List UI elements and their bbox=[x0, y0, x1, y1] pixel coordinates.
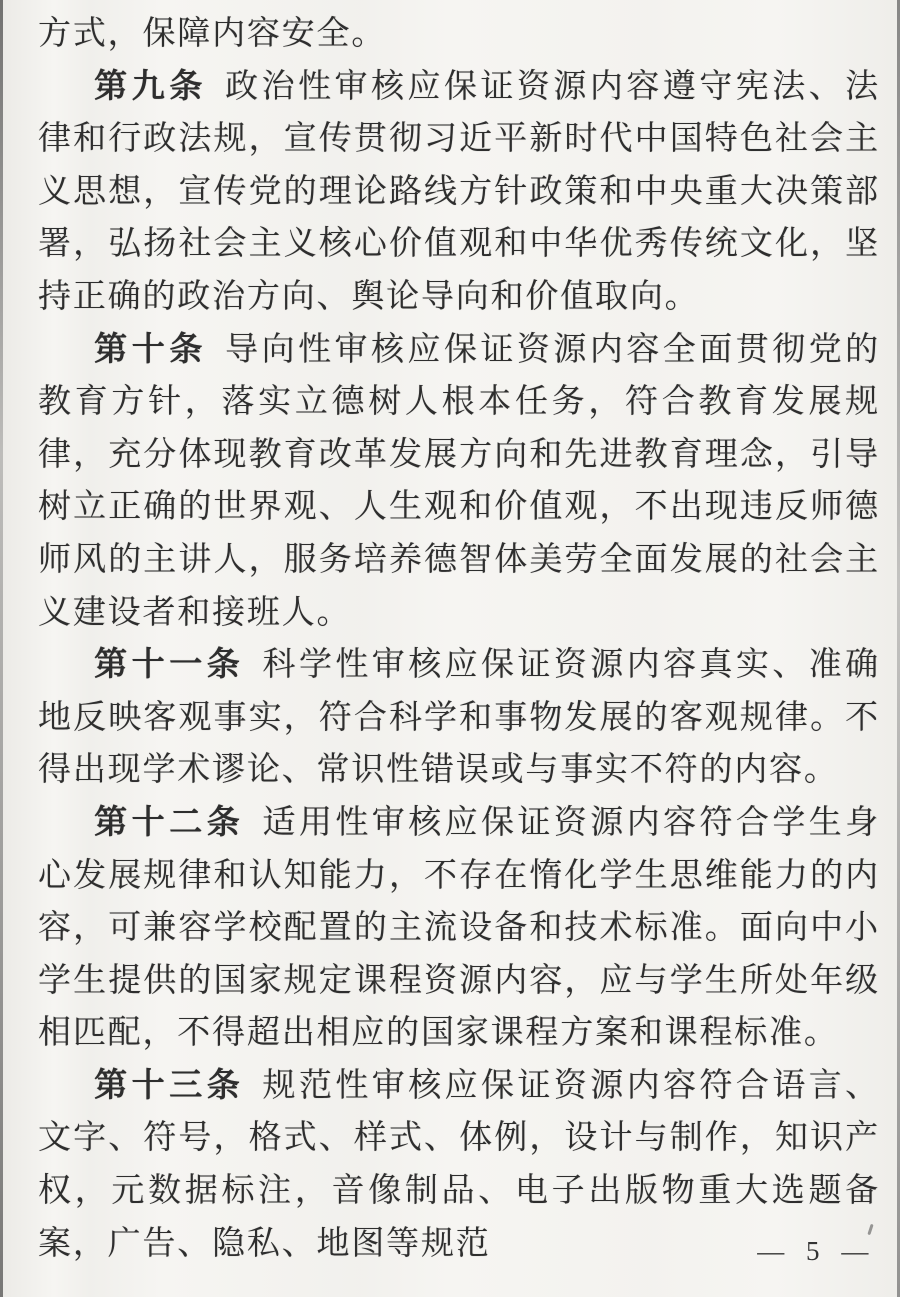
scan-edge-artifact-left bbox=[0, 0, 3, 1297]
page-number: — 5 — bbox=[757, 1236, 876, 1267]
article-number: 第十条 bbox=[94, 332, 207, 368]
paragraph-text: 方式，保障内容安全。 bbox=[38, 16, 386, 52]
paragraph-article-9: 第九条政治性审核应保证资源内容遵守宪法、法律和行政法规，宣传贯彻习近平新时代中国… bbox=[38, 61, 880, 324]
article-number: 第十二条 bbox=[94, 805, 244, 841]
article-number: 第九条 bbox=[94, 69, 207, 105]
article-number: 第十一条 bbox=[94, 647, 244, 683]
paragraph-article-11: 第十一条科学性审核应保证资源内容真实、准确地反映客观事实，符合科学和事物发展的客… bbox=[38, 639, 880, 797]
paragraph-article-10: 第十条导向性审核应保证资源内容全面贯彻党的教育方针，落实立德树人根本任务，符合教… bbox=[38, 324, 880, 640]
paragraph-article-12: 第十二条适用性审核应保证资源内容符合学生身心发展规律和认知能力，不存在惰化学生思… bbox=[38, 797, 880, 1060]
paragraph-text: 适用性审核应保证资源内容符合学生身心发展规律和认知能力，不存在惰化学生思维能力的… bbox=[38, 805, 880, 1051]
paragraph-article-13: 第十三条规范性审核应保证资源内容符合语言、文字、符号，格式、样式、体例，设计与制… bbox=[38, 1060, 880, 1270]
document-page: 方式，保障内容安全。 第九条政治性审核应保证资源内容遵守宪法、法律和行政法规，宣… bbox=[0, 0, 900, 1297]
paragraph-continuation: 方式，保障内容安全。 bbox=[38, 8, 880, 61]
paragraph-text: 导向性审核应保证资源内容全面贯彻党的教育方针，落实立德树人根本任务，符合教育发展… bbox=[38, 332, 880, 631]
article-number: 第十三条 bbox=[94, 1068, 244, 1104]
paragraph-text: 政治性审核应保证资源内容遵守宪法、法律和行政法规，宣传贯彻习近平新时代中国特色社… bbox=[38, 69, 880, 315]
